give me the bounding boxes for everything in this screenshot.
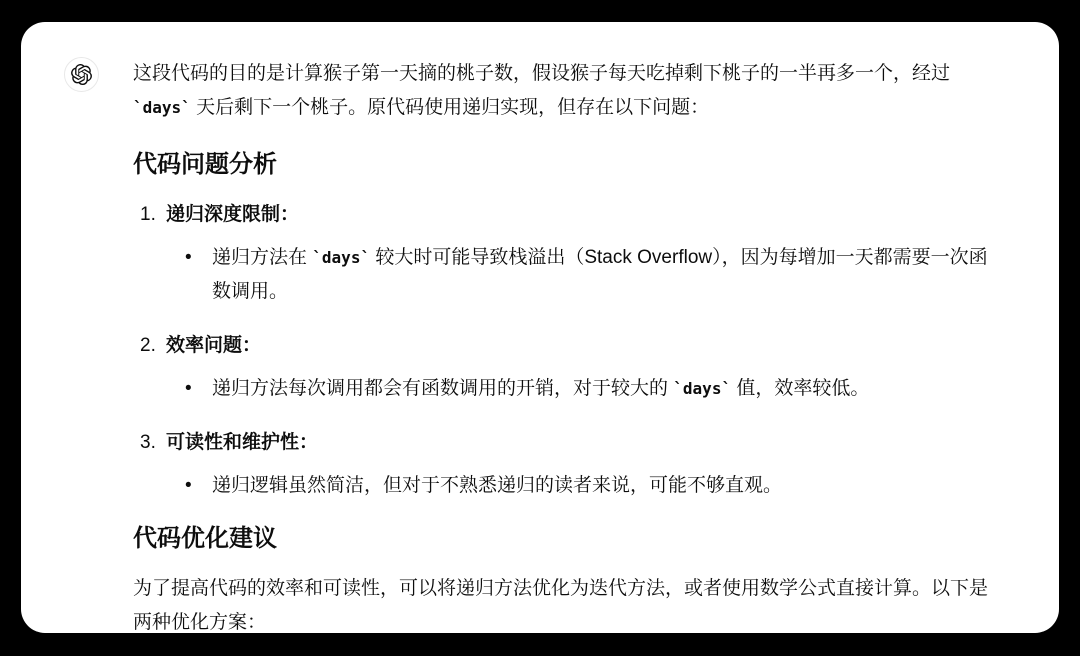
inline-code-days: `days`	[133, 98, 191, 117]
problem-item-2-detail: • 递归方法每次调用都会有函数调用的开销，对于较大的 `days` 值，效率较低…	[185, 372, 1001, 406]
problem-item-3-label: 可读性和维护性：	[166, 426, 318, 460]
problem-item-2-label: 效率问题：	[166, 329, 261, 363]
openai-logo-icon	[71, 64, 92, 85]
problem-item-1: 1. 递归深度限制： • 递归方法在 `days` 较大时可能导致栈溢出（Sta…	[133, 198, 1001, 309]
detail-text-2: 值，效率较低。	[731, 378, 869, 399]
bullet-marker: •	[185, 241, 212, 309]
problem-item-1-head: 1. 递归深度限制：	[133, 198, 1001, 232]
closing-paragraph: 为了提高代码的效率和可读性，可以将递归方法优化为迭代方法，或者使用数学公式直接计…	[133, 572, 1001, 633]
problem-item-2-head: 2. 效率问题：	[133, 329, 1001, 363]
detail-text-1: 递归方法在	[212, 247, 312, 268]
problem-item-1-detail-text: 递归方法在 `days` 较大时可能导致栈溢出（Stack Overflow），…	[212, 241, 1001, 309]
list-number: 3.	[140, 426, 159, 460]
section-heading-problem-analysis: 代码问题分析	[133, 149, 1001, 181]
problem-item-1-detail: • 递归方法在 `days` 较大时可能导致栈溢出（Stack Overflow…	[185, 241, 1001, 309]
bullet-marker: •	[185, 469, 212, 503]
problem-list: 1. 递归深度限制： • 递归方法在 `days` 较大时可能导致栈溢出（Sta…	[133, 198, 1001, 503]
problem-item-3-detail-text: 递归逻辑虽然简洁，但对于不熟悉递归的读者来说，可能不够直观。	[212, 469, 1001, 503]
inline-code-days: `days`	[312, 248, 370, 267]
inline-code-days: `days`	[673, 379, 731, 398]
section-heading-optimization: 代码优化建议	[133, 523, 1001, 555]
chat-response-card: 这段代码的目的是计算猴子第一天摘的桃子数，假设猴子每天吃掉剩下桃子的一半再多一个…	[21, 22, 1059, 633]
list-number: 2.	[140, 329, 159, 363]
intro-paragraph: 这段代码的目的是计算猴子第一天摘的桃子数，假设猴子每天吃掉剩下桃子的一半再多一个…	[133, 57, 1001, 125]
intro-text-2: 天后剩下一个桃子。原代码使用递归实现，但存在以下问题：	[191, 97, 709, 118]
problem-item-2: 2. 效率问题： • 递归方法每次调用都会有函数调用的开销，对于较大的 `day…	[133, 329, 1001, 406]
problem-item-1-label: 递归深度限制：	[166, 198, 299, 232]
detail-text-1: 递归方法每次调用都会有函数调用的开销，对于较大的	[212, 378, 673, 399]
problem-item-3: 3. 可读性和维护性： • 递归逻辑虽然简洁，但对于不熟悉递归的读者来说，可能不…	[133, 426, 1001, 503]
problem-item-2-detail-text: 递归方法每次调用都会有函数调用的开销，对于较大的 `days` 值，效率较低。	[212, 372, 1001, 406]
message-content: 这段代码的目的是计算猴子第一天摘的桃子数，假设猴子每天吃掉剩下桃子的一半再多一个…	[133, 57, 1001, 633]
list-number: 1.	[140, 198, 159, 232]
intro-text-1: 这段代码的目的是计算猴子第一天摘的桃子数，假设猴子每天吃掉剩下桃子的一半再多一个…	[133, 63, 950, 84]
assistant-message: 这段代码的目的是计算猴子第一天摘的桃子数，假设猴子每天吃掉剩下桃子的一半再多一个…	[21, 22, 1059, 633]
assistant-avatar	[64, 57, 99, 92]
problem-item-3-head: 3. 可读性和维护性：	[133, 426, 1001, 460]
bullet-marker: •	[185, 372, 212, 406]
problem-item-3-detail: • 递归逻辑虽然简洁，但对于不熟悉递归的读者来说，可能不够直观。	[185, 469, 1001, 503]
